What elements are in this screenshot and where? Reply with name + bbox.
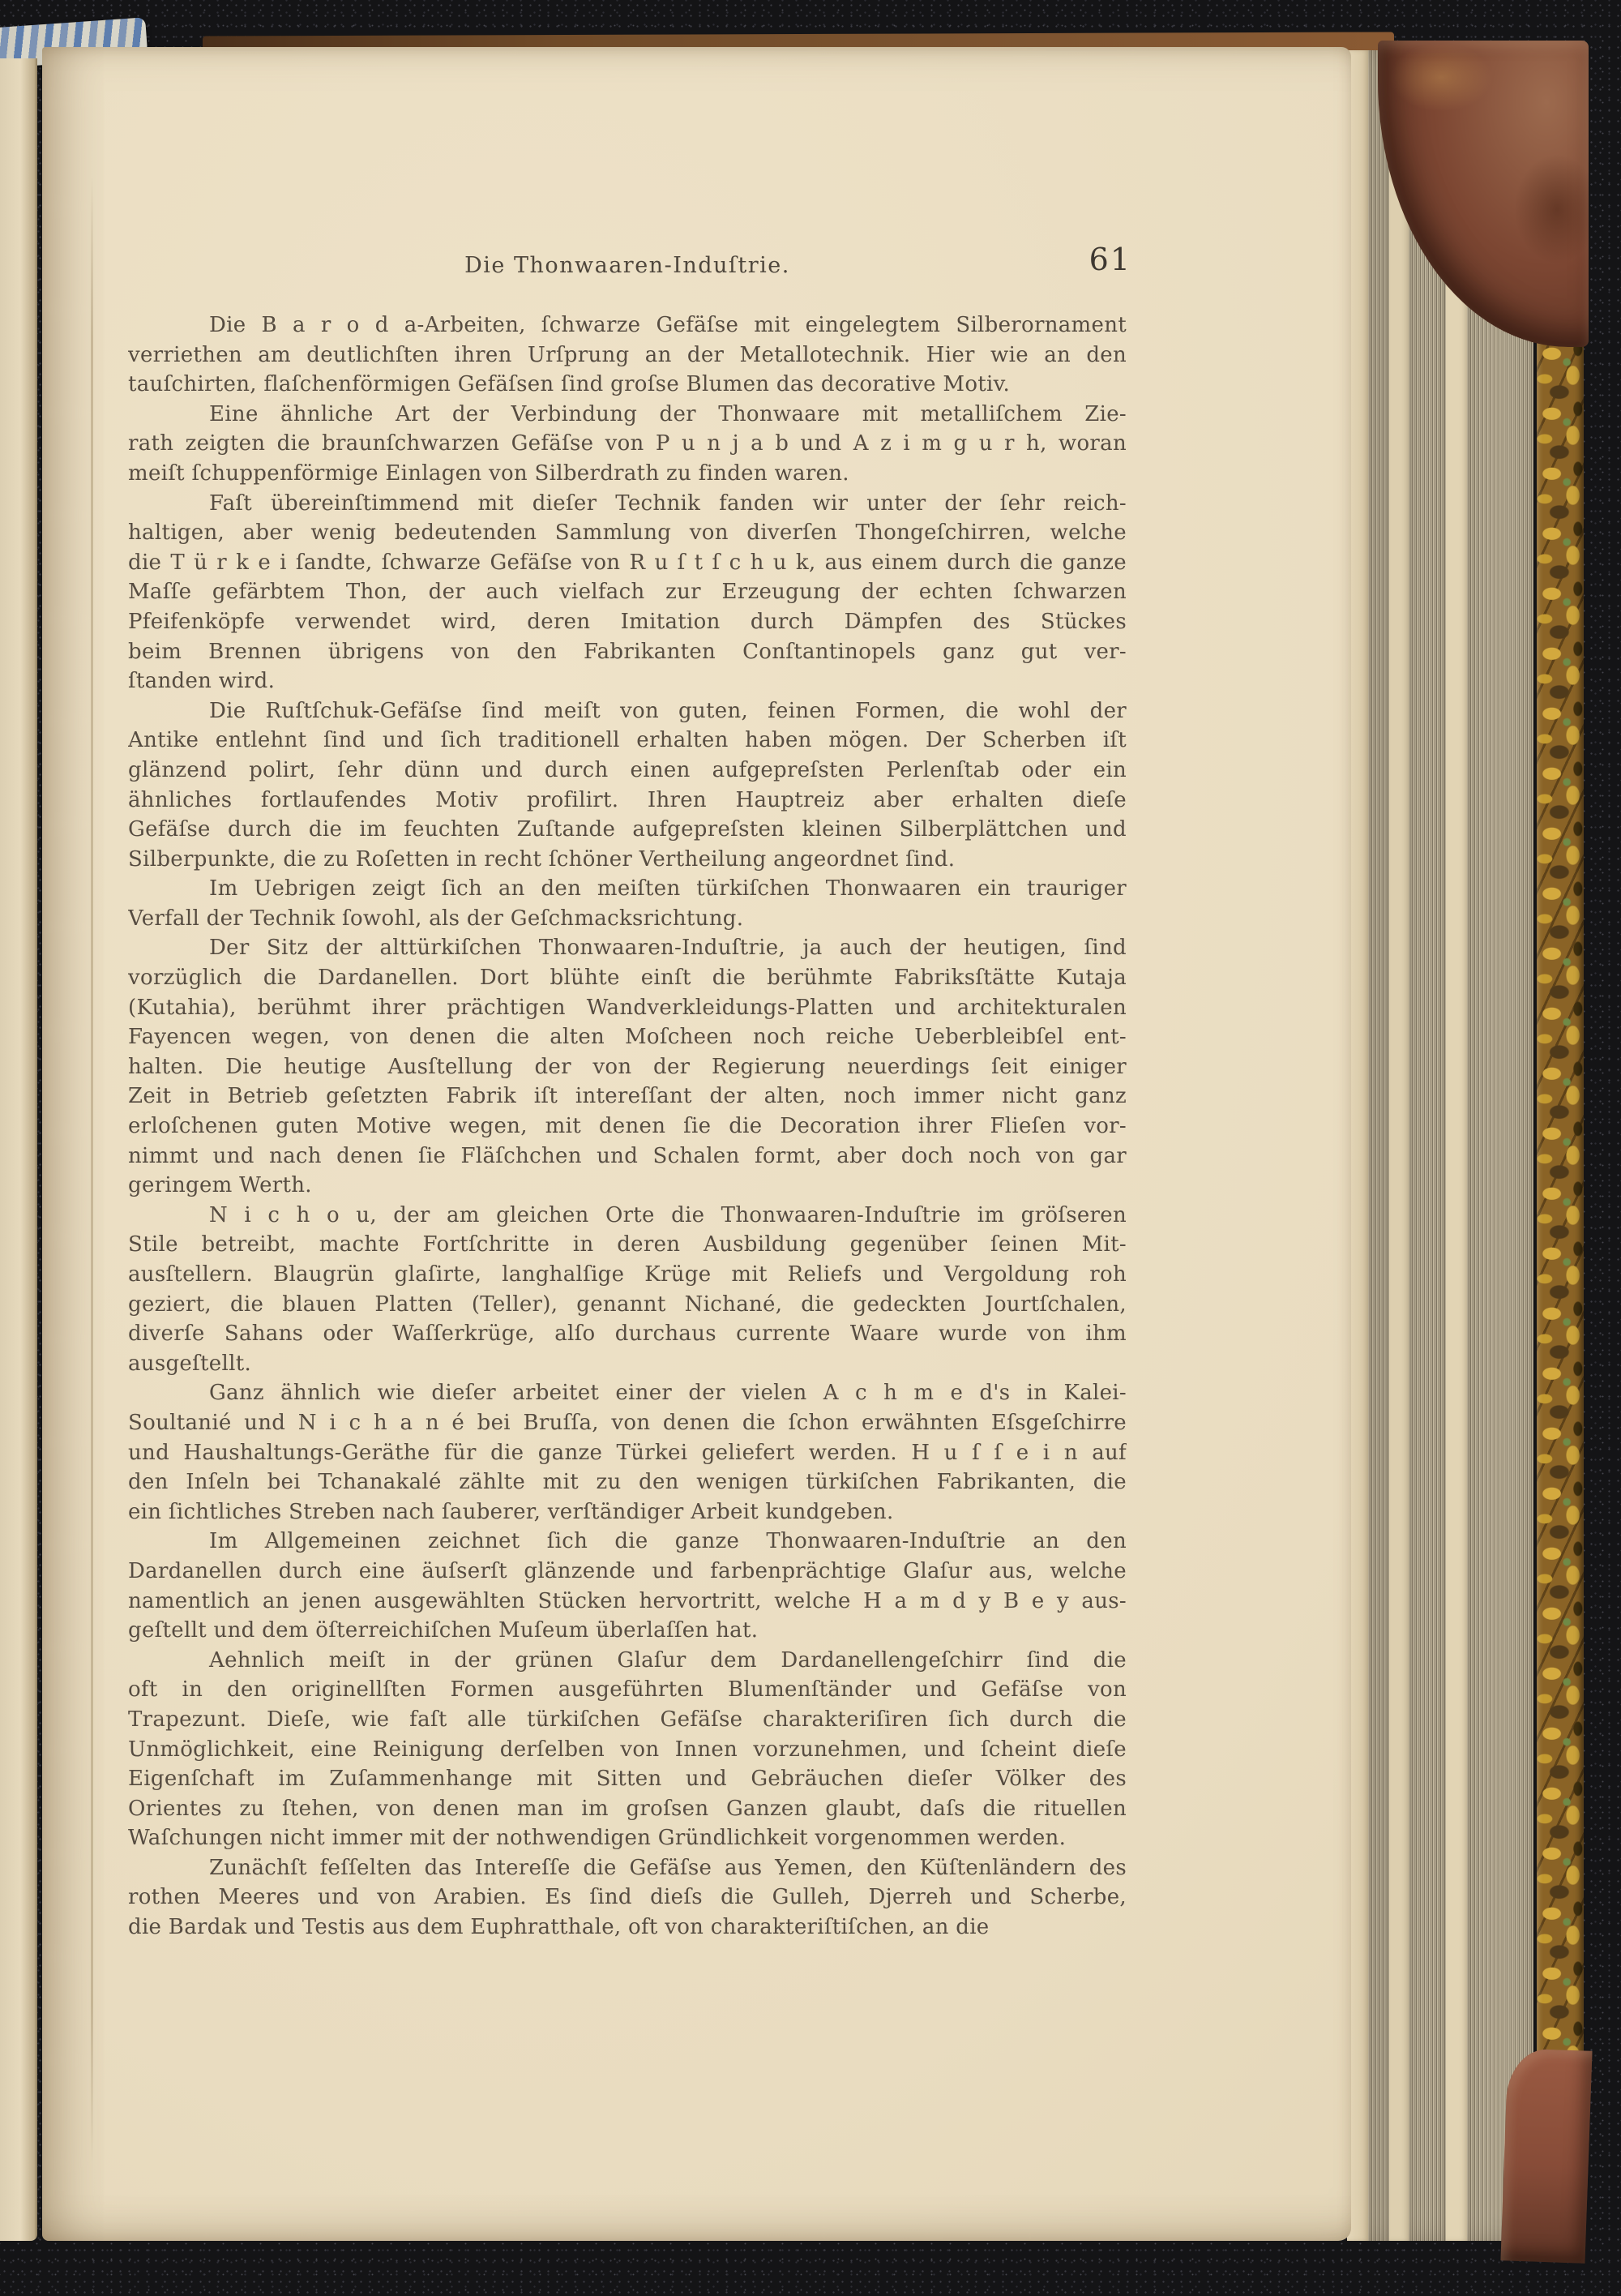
page-edge-band	[1368, 50, 1389, 2241]
text-line: Stile betreibt, machte Fortſchritte in d…	[128, 1230, 1127, 1260]
text-line: ausſtellern. Blaugrün glaſirte, langhalſ…	[128, 1260, 1127, 1290]
text-line: und Haushaltungs-Geräthe für die ganze T…	[128, 1438, 1127, 1468]
paragraph: Faſt übereinſtimmend mit dieſer Technik …	[128, 489, 1127, 696]
text-line: oft in den originellſten Formen ausgefüh…	[128, 1675, 1127, 1705]
text-line: Pfeifenköpfe verwendet wird, deren Imita…	[128, 607, 1127, 637]
text-line: (Kutahia), berühmt ihrer prächtigen Wand…	[128, 993, 1127, 1023]
paragraph: Aehnlich meiſt in der grünen Glaſur dem …	[128, 1646, 1127, 1853]
text-line: Im Allgemeinen zeichnet ſich die ganze T…	[128, 1527, 1127, 1557]
text-line: vorzüglich die Dardanellen. Dort blühte …	[128, 963, 1127, 993]
text-line: Trapezunt. Dieſe, wie faſt alle türkiſch…	[128, 1705, 1127, 1735]
text-line: den Inſeln bei Tchanakalé zählte mit zu …	[128, 1467, 1127, 1497]
text-line: verriethen am deutlichſten ihren Urſprun…	[128, 341, 1127, 371]
page-edge-band	[1389, 50, 1409, 2241]
text-line: Orientes zu ſtehen, von denen man im gro…	[128, 1794, 1127, 1824]
paragraph: Der Sitz der alttürkiſchen Thonwaaren-In…	[128, 933, 1127, 1200]
text-line: meiſt ſchuppenförmige Einlagen von Silbe…	[128, 459, 1127, 489]
text-line: die T ü r k e i ſandte, ſchwarze Gefäſse…	[128, 548, 1127, 578]
text-line: ein ſichtliches Streben nach ſauberer, v…	[128, 1497, 1127, 1527]
text-line: Faſt übereinſtimmend mit dieſer Technik …	[128, 489, 1127, 519]
text-line: die Bardak und Testis aus dem Euphrattha…	[128, 1913, 1127, 1943]
text-line: Unmöglichkeit, eine Reinigung derſelben …	[128, 1735, 1127, 1765]
text-line: rothen Meeres und von Arabien. Es ſind d…	[128, 1883, 1127, 1913]
paragraph: Im Uebrigen zeigt ſich an den meiſten tü…	[128, 874, 1127, 933]
text-line: Zunächſt feſſelten das Intereſſe die Gef…	[128, 1853, 1127, 1883]
text-line: Der Sitz der alttürkiſchen Thonwaaren-In…	[128, 933, 1127, 963]
page-edge-band	[1446, 50, 1467, 2241]
text-line: Die Ruſtſchuk-Gefäſse ſind meiſt von gut…	[128, 696, 1127, 726]
fore-edge-pages	[1347, 50, 1533, 2241]
text-line: ausgeſtellt.	[128, 1349, 1127, 1379]
text-line: Im Uebrigen zeigt ſich an den meiſten tü…	[128, 874, 1127, 904]
photo-background: { "page": { "header": { "title": "Die Th…	[0, 0, 1621, 2296]
text-line: Soultanié und N i c h a n é bei Bruſſa, …	[128, 1408, 1127, 1438]
paragraph: Zunächſt feſſelten das Intereſſe die Gef…	[128, 1853, 1127, 1943]
text-line: Maſſe gefärbtem Thon, der auch vielfach …	[128, 577, 1127, 607]
text-line: Eigenſchaft im Zuſammenhange mit Sitten …	[128, 1764, 1127, 1794]
text-line: beim Brennen übrigens von den Fabrikante…	[128, 637, 1127, 667]
text-line: Eine ähnliche Art der Verbindung der Tho…	[128, 400, 1127, 430]
paragraph: Ganz ähnlich wie dieſer arbeitet einer d…	[128, 1378, 1127, 1527]
paragraph: Die B a r o d a-Arbeiten, ſchwarze Gefäſ…	[128, 311, 1127, 400]
text-line: erloſchenen guten Motive wegen, mit dene…	[128, 1112, 1127, 1142]
text-line: namentlich an jenen ausgewählten Stücken…	[128, 1587, 1127, 1617]
text-line: Verfall der Technik ſowohl, als der Geſc…	[128, 904, 1127, 934]
text-line: tauſchirten, flaſchenförmigen Gefäſsen ſ…	[128, 370, 1127, 400]
marbled-cover-strip	[1537, 341, 1584, 2063]
text-line: Dardanellen durch eine äuſserſt glänzend…	[128, 1557, 1127, 1587]
page-header: Die Thonwaaren-Induſtrie. 61	[128, 250, 1127, 282]
text-line: ähnliches fortlaufendes Motiv profilirt.…	[128, 786, 1127, 816]
paragraph: Die Ruſtſchuk-Gefäſse ſind meiſt von gut…	[128, 696, 1127, 875]
text-line: geziert, die blauen Platten (Teller), ge…	[128, 1290, 1127, 1320]
text-line: haltigen, aber wenig bedeutenden Sammlun…	[128, 518, 1127, 548]
previous-page-edge	[0, 58, 37, 2241]
text-line: rath zeigten die braunſchwarzen Gefäſse …	[128, 429, 1127, 459]
text-line: Gefäſse durch die im feuchten Zuſtande a…	[128, 815, 1127, 845]
text-line: ſtanden wird.	[128, 666, 1127, 696]
text-line: glänzend polirt, ſehr dünn und durch ein…	[128, 756, 1127, 786]
text-line: N i c h o u, der am gleichen Orte die Th…	[128, 1201, 1127, 1231]
text-line: diverſe Sahans oder Waſſerkrüge, alſo du…	[128, 1319, 1127, 1349]
page-number: 61	[1089, 242, 1131, 277]
text-line: Fayencen wegen, von denen die alten Moſc…	[128, 1022, 1127, 1052]
paragraph: Eine ähnliche Art der Verbindung der Tho…	[128, 400, 1127, 489]
paragraphs: Die B a r o d a-Arbeiten, ſchwarze Gefäſ…	[128, 311, 1127, 1943]
running-title: Die Thonwaaren-Induſtrie.	[128, 250, 1127, 282]
page-edge-band	[1409, 50, 1446, 2241]
text-line: Die B a r o d a-Arbeiten, ſchwarze Gefäſ…	[128, 311, 1127, 341]
text-line: geſtellt und dem öſterreichiſchen Muſeum…	[128, 1616, 1127, 1646]
text-line: geringem Werth.	[128, 1171, 1127, 1201]
text-line: Aehnlich meiſt in der grünen Glaſur dem …	[128, 1646, 1127, 1676]
text-line: Ganz ähnlich wie dieſer arbeitet einer d…	[128, 1378, 1127, 1408]
text-line: Antike entlehnt ſind und ſich traditione…	[128, 726, 1127, 756]
gutter-crease	[91, 177, 93, 2163]
text-line: Waſchungen nicht immer mit der nothwendi…	[128, 1823, 1127, 1853]
text-line: halten. Die heutige Ausſtellung der von …	[128, 1052, 1127, 1082]
text-line: Zeit in Betrieb geſetzten Fabrik iſt int…	[128, 1082, 1127, 1112]
page-edge-band	[1467, 50, 1533, 2241]
leather-cover-corner-bottom	[1500, 2048, 1592, 2263]
text-line: Silberpunkte, die zu Roſetten in recht ſ…	[128, 845, 1127, 875]
text-block: Die Thonwaaren-Induſtrie. 61 Die B a r o…	[128, 250, 1127, 1943]
paragraph: Im Allgemeinen zeichnet ſich die ganze T…	[128, 1527, 1127, 1645]
text-line: nimmt und nach denen ſie Fläſchchen und …	[128, 1142, 1127, 1172]
paragraph: N i c h o u, der am gleichen Orte die Th…	[128, 1201, 1127, 1379]
